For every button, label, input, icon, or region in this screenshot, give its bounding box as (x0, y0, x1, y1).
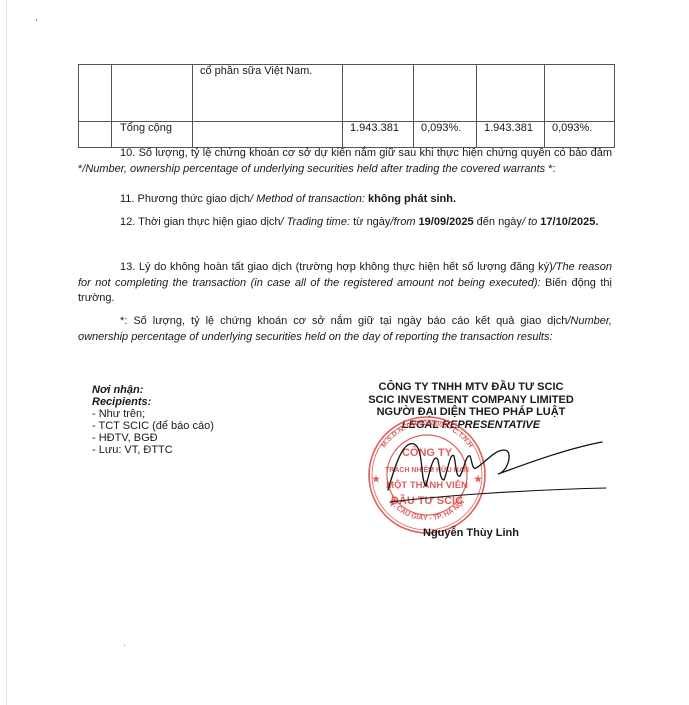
item-12-from-date: 19/09/2025 (419, 216, 474, 228)
table-cell (343, 65, 414, 122)
table-cell (193, 122, 343, 148)
item-10-en: /Number, ownership percentage of underly… (82, 163, 545, 175)
recipients-heading-en: Recipients: (92, 396, 214, 408)
item-11-value: không phát sinh. (368, 193, 456, 205)
recipients-heading-vi: Nơi nhận: (92, 384, 214, 396)
recipient-item: - Như trên; (92, 408, 214, 420)
table-cell (414, 65, 477, 122)
company-name-en: SCIC INVESTMENT COMPANY LIMITED (340, 394, 602, 407)
security-name-cell: cổ phần sữa Việt Nam. (193, 65, 343, 122)
item-12-from-vi: từ ngày (350, 216, 390, 228)
recipient-item: - HĐTV, BGĐ (92, 432, 214, 444)
table-cell (112, 65, 193, 122)
item-12-vi: 12. Thời gian thực hiện giao dịch (120, 216, 281, 228)
footnote-vi: *: Số lượng, tỷ lệ chứng khoán cơ sở nắm… (120, 315, 567, 327)
total-quantity-before: 1.943.381 (343, 122, 414, 148)
signer-name: Nguyễn Thùy Linh (340, 527, 602, 539)
item-12-to-date: 17/10/2025. (540, 216, 598, 228)
item-13: 13. Lý do không hoàn tất giao dịch (trườ… (78, 260, 612, 307)
item-12-en: / Trading time: (281, 216, 351, 228)
total-label: Tổng cộng (112, 122, 193, 148)
scan-speck (124, 645, 125, 646)
item-10-tail: *: (545, 163, 555, 175)
table-cell (79, 122, 112, 148)
total-quantity-after: 1.943.381 (477, 122, 545, 148)
footnote: *: Số lượng, tỷ lệ chứng khoán cơ sở nắm… (78, 314, 612, 345)
table-cell (545, 65, 615, 122)
total-percent-before: 0,093%. (414, 122, 477, 148)
item-10: 10. Số lượng, tỷ lệ chứng khoán cơ sở dự… (78, 146, 612, 177)
item-12: 12. Thời gian thực hiện giao dịch/ Tradi… (78, 215, 612, 231)
table-cell (79, 65, 112, 122)
item-11-en: / Method of transaction: (250, 193, 365, 205)
recipient-item: - TCT SCIC (để báo cáo) (92, 420, 214, 432)
table-row: cổ phần sữa Việt Nam. (79, 65, 615, 122)
scan-speck (36, 19, 37, 21)
table-row-total: Tổng cộng 1.943.381 0,093%. 1.943.381 0,… (79, 122, 615, 148)
recipient-item: - Lưu: VT, ĐTTC (92, 444, 214, 456)
table-cell (477, 65, 545, 122)
holdings-table: cổ phần sữa Việt Nam. Tổng cộng 1.943.38… (78, 64, 615, 148)
company-name-vi: CÔNG TY TNHH MTV ĐẦU TƯ SCIC (340, 381, 602, 394)
recipients-block: Nơi nhận: Recipients: - Như trên; - TCT … (92, 384, 214, 456)
item-11-vi: 11. Phương thức giao dịch (120, 193, 250, 205)
item-12-to-vi: đến ngày (474, 216, 522, 228)
item-13-vi: 13. Lý do không hoàn tất giao dịch (trườ… (120, 261, 553, 273)
handwritten-signature-icon (380, 430, 610, 510)
page-edge-rule (6, 0, 7, 705)
item-12-to-en: / to (522, 216, 537, 228)
total-percent-after: 0,093%. (545, 122, 615, 148)
item-11: 11. Phương thức giao dịch/ Method of tra… (78, 192, 612, 208)
item-12-from-en: /from (390, 216, 415, 228)
